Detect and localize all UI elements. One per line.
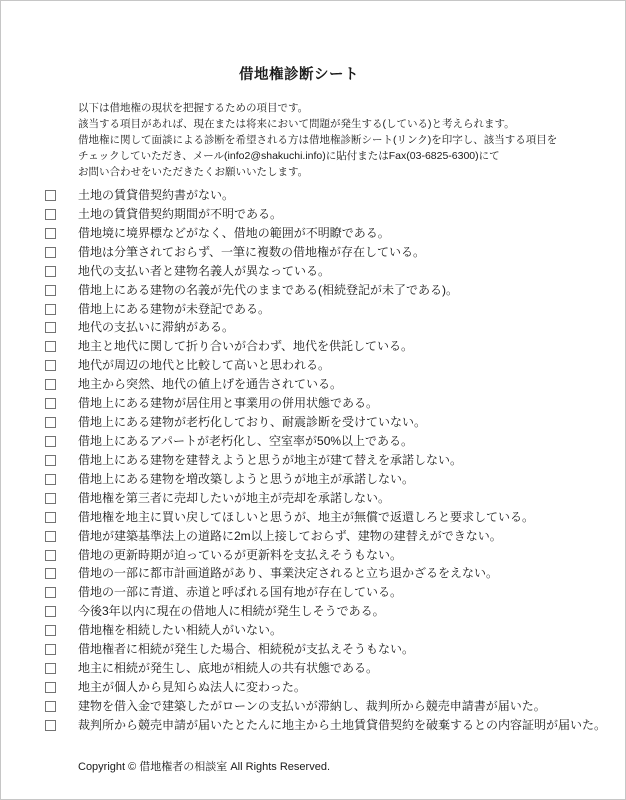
checklist-item: 借地上にある建物が老朽化しており、耐震診断を受けていない。 xyxy=(45,415,625,434)
checklist-item: 地主から突然、地代の値上げを通告されている。 xyxy=(45,377,625,396)
checklist-item: 借地の更新時期が迫っているが更新料を支払えそうもない。 xyxy=(45,548,625,567)
checklist-item: 裁判所から競売申請が届いたとたんに地主から土地賃貸借契約を破棄するとの内容証明が… xyxy=(45,718,625,737)
checklist-item-label: 地代の支払いに滞納がある。 xyxy=(78,320,234,334)
checklist-item-label: 借地は分筆されておらず、一筆に複数の借地権が存在している。 xyxy=(78,245,425,259)
checklist-item: 地主に相続が発生し、底地が相続人の共有状態である。 xyxy=(45,661,625,680)
checkbox[interactable] xyxy=(45,360,56,371)
checklist-item: 借地が建築基準法上の道路に2m以上接しておらず、建物の建替えができない。 xyxy=(45,529,625,548)
checklist-item: 地代の支払いに滞納がある。 xyxy=(45,320,625,339)
checklist-item: 土地の賃貸借契約書がない。 xyxy=(45,188,625,207)
copyright-notice: Copyright © 借地権者の相談室 All Rights Reserved… xyxy=(78,760,625,774)
checklist-item: 地主と地代に関して折り合いが合わず、地代を供託している。 xyxy=(45,339,625,358)
checkbox[interactable] xyxy=(45,493,56,504)
checklist-item-label: 今後3年以内に現在の借地人に相続が発生しそうである。 xyxy=(78,604,385,618)
checklist-item-label: 借地権者に相続が発生した場合、相続税が支払えそうもない。 xyxy=(78,642,414,656)
checkbox[interactable] xyxy=(45,322,56,333)
checklist-item-label: 借地上にある建物が未登記である。 xyxy=(78,302,270,316)
checkbox[interactable] xyxy=(45,720,56,731)
checklist-item-label: 借地上にある建物を増改築しようと思うが地主が承諾しない。 xyxy=(78,472,414,486)
checklist-item-label: 借地上にある建物の名義が先代のままである(相続登記が未了である)。 xyxy=(78,283,458,297)
checklist-item-label: 借地が建築基準法上の道路に2m以上接しておらず、建物の建替えができない。 xyxy=(78,529,502,543)
checkbox[interactable] xyxy=(45,701,56,712)
checklist-item-label: 地主が個人から見知らぬ法人に変わった。 xyxy=(78,680,306,694)
checkbox[interactable] xyxy=(45,398,56,409)
checklist-item-label: 借地の更新時期が迫っているが更新料を支払えそうもない。 xyxy=(78,548,402,562)
intro-line: お問い合わせをいただきたくお願いいたします。 xyxy=(78,164,625,180)
checklist-item: 借地権を地主に買い戻してほしいと思うが、地主が無償で返還しろと要求している。 xyxy=(45,510,625,529)
checklist-item-label: 借地上にある建物を建替えようと思うが地主が建て替えを承諾しない。 xyxy=(78,453,462,467)
checklist-item: 借地の一部に青道、赤道と呼ばれる国有地が存在している。 xyxy=(45,585,625,604)
checklist-item-label: 地代の支払い者と建物名義人が異なっている。 xyxy=(78,264,330,278)
checklist-item: 借地上にあるアパートが老朽化し、空室率が50%以上である。 xyxy=(45,434,625,453)
checkbox[interactable] xyxy=(45,417,56,428)
checkbox[interactable] xyxy=(45,228,56,239)
checklist-item: 建物を借入金で建築したがローンの支払いが滞納し、裁判所から競売申請書が届いた。 xyxy=(45,699,625,718)
checklist-item: 地主が個人から見知らぬ法人に変わった。 xyxy=(45,680,625,699)
checklist: 土地の賃貸借契約書がない。 土地の賃貸借契約期間が不明である。 借地境に境界標な… xyxy=(45,188,625,737)
checkbox[interactable] xyxy=(45,304,56,315)
checkbox[interactable] xyxy=(45,663,56,674)
checkbox[interactable] xyxy=(45,341,56,352)
checklist-item-label: 借地の一部に都市計画道路があり、事業決定されると立ち退かざるをえない。 xyxy=(78,566,498,580)
checkbox[interactable] xyxy=(45,455,56,466)
checklist-item-label: 借地上にあるアパートが老朽化し、空室率が50%以上である。 xyxy=(78,434,413,448)
checkbox[interactable] xyxy=(45,531,56,542)
intro-line: 借地権に関して面談による診断を希望される方は借地権診断シート(リンク)を印字し、… xyxy=(78,132,625,148)
checklist-item: 地代が周辺の地代と比較して高いと思われる。 xyxy=(45,358,625,377)
intro-paragraph: 以下は借地権の現状を把握するための項目です。 該当する項目があれば、現在または将… xyxy=(78,100,625,180)
checklist-item-label: 借地の一部に青道、赤道と呼ばれる国有地が存在している。 xyxy=(78,585,402,599)
checklist-item: 借地上にある建物を増改築しようと思うが地主が承諾しない。 xyxy=(45,472,625,491)
checkbox[interactable] xyxy=(45,379,56,390)
leasehold-diagnosis-sheet: { "document": { "title": "借地権診断シート", "in… xyxy=(0,0,626,800)
checklist-item-label: 地主から突然、地代の値上げを通告されている。 xyxy=(78,377,342,391)
checklist-item-label: 建物を借入金で建築したがローンの支払いが滞納し、裁判所から競売申請書が届いた。 xyxy=(78,699,546,713)
checkbox[interactable] xyxy=(45,247,56,258)
checklist-item: 借地は分筆されておらず、一筆に複数の借地権が存在している。 xyxy=(45,245,625,264)
checkbox[interactable] xyxy=(45,625,56,636)
checkbox[interactable] xyxy=(45,587,56,598)
checklist-item: 借地上にある建物が未登記である。 xyxy=(45,302,625,321)
checkbox[interactable] xyxy=(45,606,56,617)
checkbox[interactable] xyxy=(45,436,56,447)
checkbox[interactable] xyxy=(45,512,56,523)
checklist-item: 土地の賃貸借契約期間が不明である。 xyxy=(45,207,625,226)
checklist-item-label: 土地の賃貸借契約期間が不明である。 xyxy=(78,207,282,221)
checklist-item-label: 借地権を地主に買い戻してほしいと思うが、地主が無償で返還しろと要求している。 xyxy=(78,510,534,524)
checkbox[interactable] xyxy=(45,550,56,561)
checklist-item: 借地権を相続したい相続人がいない。 xyxy=(45,623,625,642)
checklist-item-label: 裁判所から競売申請が届いたとたんに地主から土地賃貸借契約を破棄するとの内容証明が… xyxy=(78,718,606,732)
checkbox[interactable] xyxy=(45,285,56,296)
checklist-item: 借地上にある建物が居住用と事業用の併用状態である。 xyxy=(45,396,625,415)
checkbox[interactable] xyxy=(45,682,56,693)
checklist-item-label: 借地権を相続したい相続人がいない。 xyxy=(78,623,282,637)
checklist-item-label: 借地権を第三者に売却したいが地主が売却を承諾しない。 xyxy=(78,491,390,505)
checklist-item-label: 地代が周辺の地代と比較して高いと思われる。 xyxy=(78,358,330,372)
checklist-item-label: 土地の賃貸借契約書がない。 xyxy=(78,188,234,202)
checklist-item: 借地権を第三者に売却したいが地主が売却を承諾しない。 xyxy=(45,491,625,510)
checklist-item: 今後3年以内に現在の借地人に相続が発生しそうである。 xyxy=(45,604,625,623)
checkbox[interactable] xyxy=(45,474,56,485)
checklist-item: 借地上にある建物を建替えようと思うが地主が建て替えを承諾しない。 xyxy=(45,453,625,472)
checklist-item-label: 借地境に境界標などがなく、借地の範囲が不明瞭である。 xyxy=(78,226,390,240)
checkbox[interactable] xyxy=(45,209,56,220)
checkbox[interactable] xyxy=(45,190,56,201)
checklist-item-label: 借地上にある建物が老朽化しており、耐震診断を受けていない。 xyxy=(78,415,426,429)
intro-line: チェックしていただき、メール(info2@shakuchi.info)に貼付また… xyxy=(78,148,625,164)
checklist-item: 借地の一部に都市計画道路があり、事業決定されると立ち退かざるをえない。 xyxy=(45,566,625,585)
checklist-item-label: 地主と地代に関して折り合いが合わず、地代を供託している。 xyxy=(78,339,413,353)
intro-line: 以下は借地権の現状を把握するための項目です。 xyxy=(78,100,625,116)
checklist-item-label: 地主に相続が発生し、底地が相続人の共有状態である。 xyxy=(78,661,378,675)
checklist-item: 借地境に境界標などがなく、借地の範囲が不明瞭である。 xyxy=(45,226,625,245)
checklist-item: 地代の支払い者と建物名義人が異なっている。 xyxy=(45,264,625,283)
page-title: 借地権診断シート xyxy=(1,67,625,83)
checkbox[interactable] xyxy=(45,266,56,277)
checkbox[interactable] xyxy=(45,644,56,655)
checklist-item: 借地権者に相続が発生した場合、相続税が支払えそうもない。 xyxy=(45,642,625,661)
intro-line: 該当する項目があれば、現在または将来において問題が発生する(している)と考えられ… xyxy=(78,116,625,132)
checklist-item: 借地上にある建物の名義が先代のままである(相続登記が未了である)。 xyxy=(45,283,625,302)
checklist-item-label: 借地上にある建物が居住用と事業用の併用状態である。 xyxy=(78,396,378,410)
checkbox[interactable] xyxy=(45,568,56,579)
